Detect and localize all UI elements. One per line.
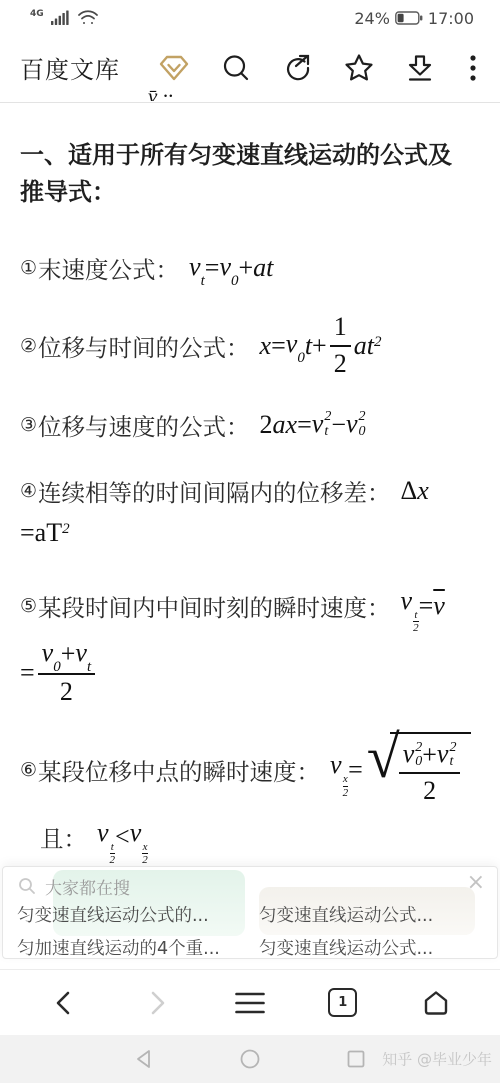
formula-continuation: =aT2	[20, 518, 480, 548]
item-text: 连续相等的时间间隔内的位移差：	[38, 474, 391, 508]
forward-button[interactable]	[135, 981, 179, 1025]
heading-line-2: 推导式：	[20, 174, 480, 211]
formula-item-1: ① 末速度公式： vt = v0 + at	[20, 251, 480, 285]
battery-percent-label: 24%	[354, 9, 390, 28]
home-button[interactable]	[414, 981, 458, 1025]
close-icon[interactable]: ×	[467, 873, 485, 893]
suggestion-grid: 匀变速直线运动公式的... 匀变速直线运动公式... 匀加速直线运动的4个重..…	[17, 902, 483, 963]
item-text: 末速度公式：	[38, 251, 179, 285]
suggestion-item[interactable]: 匀变速直线运动公式...	[259, 935, 483, 963]
formula-item-2: ② 位移与时间的公式： x = v0t + 12at2	[20, 311, 480, 380]
item-text: 某段位移中点的瞬时速度：	[38, 753, 320, 787]
download-icon[interactable]	[404, 52, 436, 84]
formula: vt = v0 + at	[189, 252, 273, 285]
android-recents-icon[interactable]	[341, 1044, 371, 1074]
status-right: 24% 17:00	[354, 9, 474, 28]
item-number: ④	[20, 480, 37, 502]
wifi-icon	[76, 8, 100, 28]
formula-item-4: ④ 连续相等的时间间隔内的位移差： Δx =aT2	[20, 474, 480, 548]
app-toolbar: 百度文库	[0, 34, 500, 101]
android-home-icon[interactable]	[235, 1044, 265, 1074]
note-formula: vt2 < vx2	[97, 818, 148, 857]
popup-header: 大家都在搜	[17, 874, 483, 898]
app-title: 百度文库	[20, 50, 120, 85]
clipped-formula-fragment: v̄ ··	[148, 84, 173, 101]
formula: 2ax = v2t − v20	[260, 409, 366, 441]
suggestion-item[interactable]: 匀加速直线运动的4个重...	[17, 935, 259, 963]
item-text: 位移与时间的公式：	[38, 329, 250, 363]
item-number: ⑤	[20, 595, 37, 617]
hot-search-popup: × 大家都在搜 匀变速直线运动公式的... 匀变速直线运动公式... 匀加速直线…	[2, 866, 498, 959]
favorite-star-icon[interactable]	[343, 52, 375, 84]
popup-search-icon	[17, 876, 37, 896]
heading-line-1: 一、适用于所有匀变速直线运动的公式及	[20, 137, 480, 174]
item-number: ③	[20, 414, 37, 436]
formula: x = v0t + 12at2	[260, 311, 382, 380]
suggestion-item[interactable]: 匀变速直线运动公式...	[259, 902, 483, 930]
watermark-label: 知乎 @毕业少年	[382, 1049, 492, 1070]
formula-item-6: ⑥ 某段位移中点的瞬时速度： vx2 = √v20 + v2t2 且： vt2 …	[20, 732, 480, 856]
battery-icon	[395, 10, 423, 26]
browser-toolbar: 1	[0, 969, 500, 1035]
item-text: 某段时间内中间时刻的瞬时速度：	[38, 589, 391, 623]
document-page: 一、适用于所有匀变速直线运动的公式及 推导式： ① 末速度公式： vt = v0…	[0, 102, 500, 970]
formula-item-5: ⑤ 某段时间内中间时刻的瞬时速度： vt2 = v = v0 + vt2	[20, 586, 480, 708]
android-nav-bar: 知乎 @毕业少年	[0, 1035, 500, 1083]
toolbar-icons	[158, 52, 480, 84]
item-text: 位移与速度的公式：	[38, 408, 250, 442]
android-back-icon[interactable]	[129, 1044, 159, 1074]
clock-label: 17:00	[428, 9, 474, 28]
formula: Δx	[401, 476, 429, 506]
popup-title: 大家都在搜	[45, 874, 130, 899]
suggestion-item[interactable]: 匀变速直线运动公式的...	[17, 902, 259, 930]
formula-continuation: = v0 + vt2	[20, 637, 480, 708]
section-heading-1: 一、适用于所有匀变速直线运动的公式及 推导式：	[20, 137, 480, 211]
vip-diamond-icon[interactable]	[158, 52, 190, 84]
network-type-label: 4G	[30, 9, 44, 19]
search-icon[interactable]	[220, 52, 252, 84]
signal-strength-icon	[50, 9, 70, 27]
formula: vx2 = √v20 + v2t2	[330, 732, 471, 807]
menu-button[interactable]	[228, 981, 272, 1025]
tabs-button[interactable]: 1	[321, 981, 365, 1025]
item-number: ⑥	[20, 759, 37, 781]
back-button[interactable]	[42, 981, 86, 1025]
item-number: ②	[20, 335, 37, 357]
status-bar: 4G 24% 17:00	[0, 0, 500, 34]
share-open-icon[interactable]	[281, 52, 313, 84]
overflow-menu-icon[interactable]	[466, 52, 480, 84]
status-left: 4G	[30, 8, 100, 28]
tab-count-badge: 1	[328, 988, 357, 1017]
formula-item-3: ③ 位移与速度的公式： 2ax = v2t − v20	[20, 408, 480, 442]
note-label: 且：	[40, 820, 87, 854]
formula: vt2 = v	[401, 586, 445, 625]
item-number: ①	[20, 257, 37, 279]
